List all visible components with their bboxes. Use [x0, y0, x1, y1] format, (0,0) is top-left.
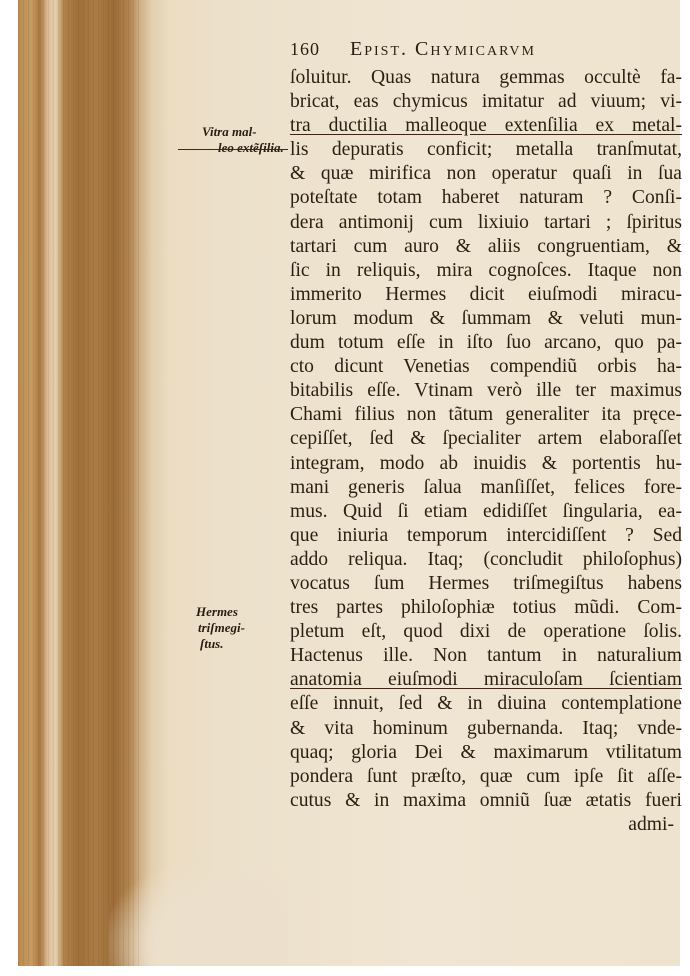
catchword: admi- — [290, 813, 682, 837]
text-line: addo reliqua. Itaq; (concludit philoſoph… — [290, 548, 682, 572]
margin-note-hermes: Hermes triſmegi- ſtus. — [196, 604, 245, 652]
text-line: lorum modum & ſummam & veluti mun- — [290, 307, 682, 331]
text-line: bitabilis eſſe. Vtinam verò ille ter max… — [290, 379, 682, 403]
text-line: mus. Quid ſi etiam edidiſſet ſingularia,… — [290, 500, 682, 524]
text-line: mani generis ſalua manſiſſet, felices fo… — [290, 476, 682, 500]
text-line: & vita hominum gubernanda. Itaq; vnde- — [290, 717, 682, 741]
text-line: dera antimonij cum lixiuio tartari ; ſpi… — [290, 211, 682, 235]
margin-note-line: triſmegi- — [196, 620, 245, 636]
text-line: tres partes philoſophiæ totius mũdi. Com… — [290, 596, 682, 620]
text-line: lis depuratis conficit; metalla tranſmut… — [290, 138, 682, 162]
margin-note-rule — [178, 149, 288, 150]
text-line: vocatus ſum Hermes triſmegiſtus habens — [290, 572, 682, 596]
running-title: Epist. Chymicarvm — [350, 38, 536, 60]
text-line: dum totum eſſe in iſto ſuo arcano, quo p… — [290, 331, 682, 355]
text-line: pletum eſt, quod dixi de operatione ſoli… — [290, 620, 682, 644]
text-line: Chami filius non tãtum generaliter ita p… — [290, 403, 682, 427]
text-line: ſic in reliquis, mira cognoſces. Itaque … — [290, 259, 682, 283]
text-line: bricat, eas chymicus imitatur ad viuum; … — [290, 90, 682, 114]
text-line: tra ductilia malleoque extenſilia ex met… — [290, 114, 682, 138]
margin-note-line: Vitra mal- — [198, 124, 284, 140]
text-line: quaq; gloria Dei & maximarum vtilitatum — [290, 741, 682, 765]
text-line: Hactenus ille. Non tantum in naturalium — [290, 644, 682, 668]
text-line: ſoluitur. Quas natura gemmas occultè fa- — [290, 66, 682, 90]
margin-note-line: leo extẽſilia. — [198, 140, 284, 156]
text-line: que iniuria temporum intercidiſſent ? Se… — [290, 524, 682, 548]
running-header: 160 Epist. Chymicarvm — [290, 38, 536, 61]
text-line: anatomia eiuſmodi miraculoſam ſcientiam — [290, 668, 682, 692]
text-line: & quæ mirifica non operatur quaſi in ſua — [290, 162, 682, 186]
margin-note-vitra: Vitra mal- leo extẽſilia. — [198, 124, 284, 156]
text-line: cto dicunt Venetias compendiũ orbis ha- — [290, 355, 682, 379]
text-line: cepiſſet, ſed & ſpecialiter artem elabor… — [290, 427, 682, 451]
body-text: ſoluitur. Quas natura gemmas occultè fa-… — [290, 66, 682, 837]
page-number: 160 — [290, 39, 320, 59]
text-line: cutus & in maxima omniũ ſuæ ætatis fueri — [290, 789, 682, 813]
margin-note-line: ſtus. — [196, 636, 245, 652]
text-line: eſſe innuit, ſed & in diuina contemplati… — [290, 692, 682, 716]
text-line: immerito Hermes dicit eiuſmodi miracu- — [290, 283, 682, 307]
text-line: integram, modo ab inuidis & portentis hu… — [290, 452, 682, 476]
text-line: tartari cum auro & aliis congruentiam, & — [290, 235, 682, 259]
text-line: pondera ſunt præſto, quæ cum ipſe ſit aſ… — [290, 765, 682, 789]
text-line: poteſtate totam haberet naturam ? Conſi- — [290, 186, 682, 210]
margin-note-line: Hermes — [196, 604, 245, 620]
